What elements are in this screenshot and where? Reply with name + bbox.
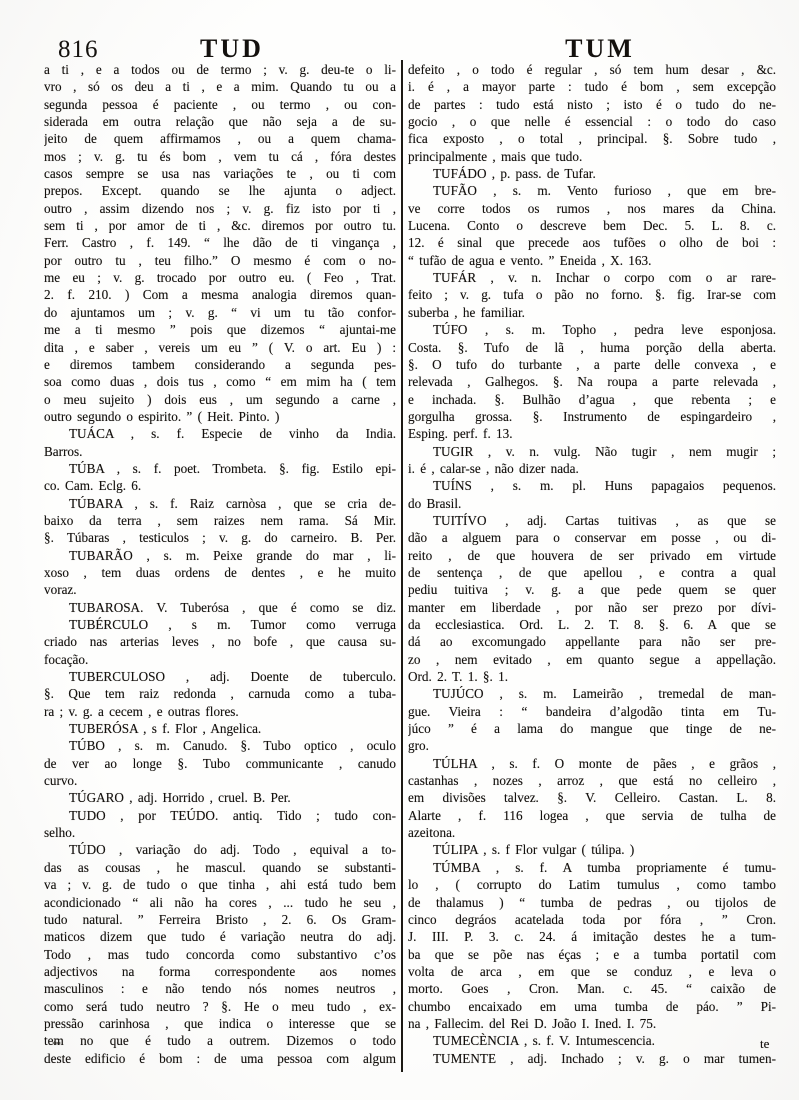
text-line: volta de arca , em que se conduz , e lev… — [408, 963, 776, 980]
text-line: co. Cam. Eclg. 6. — [44, 477, 396, 494]
text-line: TUDO , por TEÚDO. antiq. Tido ; tudo con… — [44, 807, 396, 824]
text-line: TUGIR , v. n. vulg. Não tugir , nem mugi… — [408, 443, 776, 460]
text-line: va ; v. g. de tudo o que tinha , ahi est… — [44, 876, 396, 893]
text-line: me a ti mesmo ” pois que dizemos “ ajunt… — [44, 321, 396, 338]
text-line: do ajuntamos um ; v. g. “ vi um tu tão c… — [44, 304, 396, 321]
text-line: como será tudo neutro ? §. He o meu tudo… — [44, 998, 396, 1015]
text-line: Todo , mas tudo concorda como substantiv… — [44, 946, 396, 963]
text-line: chumbo encaixado em uma tumba de páo. ” … — [408, 998, 776, 1015]
text-line: castanhas , nozes , arroz , que está no … — [408, 772, 776, 789]
text-line: baixo da terra , sem raizes nem rama. Sá… — [44, 512, 396, 529]
text-line: TUÁCA , s. f. Especie de vinho da India. — [44, 425, 396, 442]
text-line: Lucena. Conto o descreve bem Dec. 5. L. … — [408, 217, 776, 234]
text-line: de ver ao longe §. Tubo communicante , c… — [44, 755, 396, 772]
text-line: acondicionado “ ali não ha cores , ... t… — [44, 894, 396, 911]
text-line: §. O tufo do turbante , a parte delle co… — [408, 356, 776, 373]
catchword: te — [760, 1036, 769, 1052]
text-line: TÚDO , variação do adj. Todo , equival a… — [44, 841, 396, 858]
text-line: maticos dizem que tudo é variação neutra… — [44, 928, 396, 945]
text-line: criado nas arterias leves , no bofe , qu… — [44, 633, 396, 650]
text-line: deste edificio é bom : de uma pessoa com… — [44, 1050, 396, 1067]
left-text-column: a ti , e a todos ou de termo ; v. g. deu… — [44, 61, 396, 1067]
text-line: ba que se põe nas éças ; e a tumba porta… — [408, 946, 776, 963]
text-line: 2. f. 210. ) Com a mesma analogia diremo… — [44, 286, 396, 303]
text-line: Esping. perf. f. 13. — [408, 425, 776, 442]
text-line: jeito de quem affirmamos , ou a quem cha… — [44, 130, 396, 147]
text-line: mos ; v. g. tu és bom , vem tu cá , fóra… — [44, 148, 396, 165]
text-line: Ord. 2. T. 1. §. 1. — [408, 668, 776, 685]
text-line: TUMENTE , adj. Inchado ; v. g. o mar tum… — [408, 1050, 776, 1067]
text-line: zo , nem evitado , em quanto segue a app… — [408, 651, 776, 668]
text-line: J. III. P. 3. c. 24. á imitação destes h… — [408, 928, 776, 945]
text-line: reito , de que houvera de ser privado em… — [408, 547, 776, 564]
text-line: tem no que é tudo a outrem. Dizemos o to… — [44, 1032, 396, 1049]
text-line: Alarte , f. 116 logea , que servia de tu… — [408, 807, 776, 824]
text-line: TUBERÓSA , s f. Flor , Angelica. — [44, 720, 396, 737]
text-line: dita , e saber , vereis um eu ” ( V. o a… — [44, 339, 396, 356]
text-line: TÚFO , s. m. Topho , pedra leve esponjos… — [408, 321, 776, 338]
text-line: TUFÁR , v. n. Inchar o corpo com o ar ra… — [408, 269, 776, 286]
text-line: §. Túbaras , testiculos ; v. g. do carne… — [44, 529, 396, 546]
text-line: “ tufão de agua e vento. ” Eneida , X. 1… — [408, 252, 776, 269]
text-line: §. Que tem raiz redonda , carnuda como a… — [44, 685, 396, 702]
text-line: TUBAROSA. V. Tuberósa , que é como se di… — [44, 599, 396, 616]
text-line: voraz. — [44, 581, 396, 598]
text-line: gocio , o que nelle é essencial : o todo… — [408, 113, 776, 130]
text-line: xoso , tem duas ordens de dentes , e he … — [44, 564, 396, 581]
text-line: segunda pessoa é paciente , ou termo , o… — [44, 96, 396, 113]
text-line: por outro tu , teu filho.” O mesmo é com… — [44, 252, 396, 269]
text-line: outro , assim dizendo nos ; v. g. fiz is… — [44, 200, 396, 217]
text-line: TÚBO , s. m. Canudo. §. Tubo optico , oc… — [44, 737, 396, 754]
text-line: TUBÉRCULO , s m. Tumor como verruga — [44, 616, 396, 633]
text-line: TUBERCULOSO , adj. Doente de tuberculo. — [44, 668, 396, 685]
text-line: gue. Vieira : “ bandeira d’algodão tinta… — [408, 703, 776, 720]
text-line: i. é , a mayor parte : tudo é bom , sem … — [408, 78, 776, 95]
text-line: casos sempre se usa nas variações te , o… — [44, 165, 396, 182]
text-line: 12. é sinal que precede aos tufões o olh… — [408, 234, 776, 251]
text-line: azeitona. — [408, 824, 776, 841]
text-line: ve corre todos os rumos , nos mares da C… — [408, 200, 776, 217]
dictionary-page: 816 TUD TUM a ti , e a todos ou de termo… — [0, 0, 799, 1100]
text-line: dão a alguem para o conservar em posse ,… — [408, 529, 776, 546]
text-line: o meu sujeito ) dois eus , um segundo a … — [44, 391, 396, 408]
text-line: soa como duas , dois tus , como “ em mim… — [44, 373, 396, 390]
text-line: de partes : tudo está nisto ; isto é o t… — [408, 96, 776, 113]
text-line: de sentença , de que apellou , e contra … — [408, 564, 776, 581]
text-line: TUÍNS , s. m. pl. Huns papagaios pequeno… — [408, 477, 776, 494]
text-line: TÚMBA , s. f. A tumba propriamente é tum… — [408, 859, 776, 876]
text-line: i. é , calar-se , não dizer nada. — [408, 460, 776, 477]
text-line: me eu ; v. g. trocado por outro eu. ( Fe… — [44, 269, 396, 286]
text-line: defeito , o todo é regular , só tem hum … — [408, 61, 776, 78]
text-line: feito ; v. g. tufa o pão no forno. §. fi… — [408, 286, 776, 303]
column-divider-rule — [401, 60, 403, 1072]
text-line: lo , ( corrupto do Latim tumulus , como … — [408, 876, 776, 893]
text-line: TÚLIPA , s. f Flor vulgar ( túlipa. ) — [408, 841, 776, 858]
text-line: focação. — [44, 651, 396, 668]
text-line: de thalamus ) “ tumba de pedras , ou tij… — [408, 894, 776, 911]
text-line: TUITÍVO , adj. Cartas tuitivas , as que … — [408, 512, 776, 529]
text-line: morto. Goes , Cron. Man. c. 45. “ caixão… — [408, 980, 776, 997]
text-line: TUMECÈNCIA , s. f. V. Intumescencia. — [408, 1032, 776, 1049]
text-line: TÚGARO , adj. Horrido , cruel. B. Per. — [44, 789, 396, 806]
text-line: selho. — [44, 824, 396, 841]
text-line: cinco degráos acatelada toda por fóra , … — [408, 911, 776, 928]
signature-mark: ** — [52, 1040, 60, 1051]
text-line: siderada em outra relação que não seja a… — [44, 113, 396, 130]
text-line: sem ti , por amor de ti , &c. diremos po… — [44, 217, 396, 234]
text-line: na , Fallecim. del Rei D. João I. Ined. … — [408, 1015, 776, 1032]
text-line: e diremos tambem considerando a segunda … — [44, 356, 396, 373]
text-line: TÚBARA , s. f. Raiz carnòsa , que se cri… — [44, 495, 396, 512]
text-line: outro segundo o espirito. ” ( Heit. Pint… — [44, 408, 396, 425]
text-line: júco ” é a lama do mangue que tinge de n… — [408, 720, 776, 737]
text-line: vro , só os deu a ti , e a mim. Quando t… — [44, 78, 396, 95]
text-line: pressão carinhosa , que indica o interes… — [44, 1015, 396, 1032]
text-line: TUFÃO , s. m. Vento furioso , que em bre… — [408, 182, 776, 199]
text-line: manter em liberdade , por não ser prezo … — [408, 599, 776, 616]
text-line: gro. — [408, 737, 776, 754]
text-line: TUFÁDO , p. pass. de Tufar. — [408, 165, 776, 182]
text-line: a ti , e a todos ou de termo ; v. g. deu… — [44, 61, 396, 78]
text-line: em divisões talvez. §. V. Celleiro. Cast… — [408, 789, 776, 806]
text-line: dá ao excomungado appellante para não se… — [408, 633, 776, 650]
text-line: curvo. — [44, 772, 396, 789]
text-line: Costa. §. Tufo de lã , huma porção della… — [408, 339, 776, 356]
text-line: Ferr. Castro , f. 149. “ lhe dão de ti v… — [44, 234, 396, 251]
text-line: fica exposto , o total , principal. §. S… — [408, 130, 776, 147]
text-line: suberba , he familiar. — [408, 304, 776, 321]
page-number: 816 — [58, 36, 99, 64]
text-line: TÚLHA , s. f. O monte de pães , e grãos … — [408, 755, 776, 772]
running-head-left: TUD — [200, 34, 264, 64]
text-line: relevada , Galhegos. §. Na roupa a parte… — [408, 373, 776, 390]
right-text-column: defeito , o todo é regular , só tem hum … — [408, 61, 776, 1067]
text-line: gorgulha grossa. §. Instrumento de espin… — [408, 408, 776, 425]
text-line: Barros. — [44, 443, 396, 460]
text-line: prepos. Except. quando se lhe ajunta o a… — [44, 182, 396, 199]
text-line: principalmente , mais que tudo. — [408, 148, 776, 165]
text-line: da ecclesiastica. Ord. L. 2. T. 8. §. 6.… — [408, 616, 776, 633]
running-head-right: TUM — [565, 34, 635, 64]
text-line: das as cousas , he mascul. quando se sub… — [44, 859, 396, 876]
text-line: pediu tuitiva ; v. g. a que pede quem se… — [408, 581, 776, 598]
text-line: do Brasil. — [408, 495, 776, 512]
text-line: adjectivos na forma correspondente aos n… — [44, 963, 396, 980]
text-line: TÚBA , s. f. poet. Trombeta. §. fig. Est… — [44, 460, 396, 477]
text-line: e inchada. §. Bulhão d’agua , que rebent… — [408, 391, 776, 408]
text-line: TUBARÃO , s. m. Peixe grande do mar , li… — [44, 547, 396, 564]
text-line: TUJÚCO , s. m. Lameirão , tremedal de ma… — [408, 685, 776, 702]
text-line: tudo natural. ” Ferreira Bristo , 2. 6. … — [44, 911, 396, 928]
text-line: ra ; v. g. a cecem , e outras flores. — [44, 703, 396, 720]
text-line: masculinos : e não tendo nós nomes neutr… — [44, 980, 396, 997]
